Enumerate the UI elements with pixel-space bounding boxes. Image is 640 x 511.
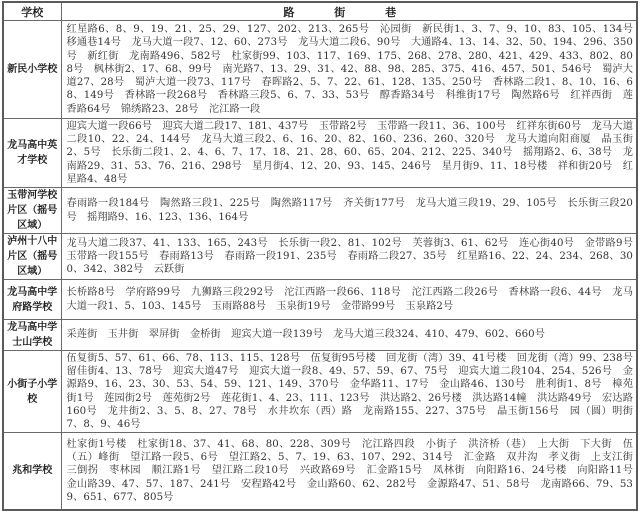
- school-name: 兆和学校: [3, 433, 61, 488]
- school-name: 泸州十八中片区（摇号区域）: [3, 234, 61, 280]
- school-district-document: 学校 路 街 巷 新民小学校 红星路6、8、9、19、21、25、29、127、…: [2, 1, 638, 488]
- street-list: 杜家街1号楼 杜家街18、37、41、68、80、228、309号 沱江路四段 …: [61, 433, 637, 488]
- school-name: 龙马高中英才学校: [3, 119, 61, 188]
- street-list: 春雨路一段184号 陶然路三段1、225号 陶然路117号 齐关街177号 龙马…: [61, 188, 637, 234]
- school-district-table: 学校 路 街 巷 新民小学校 红星路6、8、9、19、21、25、29、127、…: [2, 1, 638, 488]
- street-list: 长桥路8号 学府路99号 九狮路三段292号 沱江西路一段66、118号 沱江西…: [61, 280, 637, 320]
- school-name: 小街子小学校: [3, 351, 61, 433]
- header-streets: 路 街 巷: [61, 2, 637, 21]
- table-row: 龙马高中学士山学校 采莲街 玉井街 翠屏街 金桥街 迎宾大道一段139号 龙马大…: [3, 320, 637, 351]
- school-name: 龙马高中学士山学校: [3, 320, 61, 351]
- school-name: 新民小学校: [3, 21, 61, 119]
- street-list: 采莲街 玉井街 翠屏街 金桥街 迎宾大道一段139号 龙马大道三段324、410…: [61, 320, 637, 351]
- street-list: 红星路6、8、9、19、21、25、29、127、202、213、265号 沁园…: [61, 21, 637, 119]
- street-list: 迎宾大道一段66号 迎宾大道二段17、181、437号 玉带路2号 玉带路一段1…: [61, 119, 637, 188]
- table-row: 新民小学校 红星路6、8、9、19、21、25、29、127、202、213、2…: [3, 21, 637, 119]
- table-row: 龙马高中英才学校 迎宾大道一段66号 迎宾大道二段17、181、437号 玉带路…: [3, 119, 637, 188]
- table-row: 龙马高中学府路学校 长桥路8号 学府路99号 九狮路三段292号 沱江西路一段6…: [3, 280, 637, 320]
- table-header-row: 学校 路 街 巷: [3, 2, 637, 21]
- table-row: 泸州十八中片区（摇号区域） 龙马大道二段37、41、133、165、243号 长…: [3, 234, 637, 280]
- street-list: 伍复街5、57、61、66、78、113、115、128号 伍复街95号楼 回龙…: [61, 351, 637, 433]
- school-name: 玉带河学校片区（摇号区域）: [3, 188, 61, 234]
- header-school: 学校: [3, 2, 61, 21]
- street-list: 龙马大道二段37、41、133、165、243号 长乐街一段2、81、102号 …: [61, 234, 637, 280]
- table-row: 玉带河学校片区（摇号区域） 春雨路一段184号 陶然路三段1、225号 陶然路1…: [3, 188, 637, 234]
- table-row: 小街子小学校 伍复街5、57、61、66、78、113、115、128号 伍复街…: [3, 351, 637, 433]
- school-name: 龙马高中学府路学校: [3, 280, 61, 320]
- table-row: 兆和学校 杜家街1号楼 杜家街18、37、41、68、80、228、309号 沱…: [3, 433, 637, 488]
